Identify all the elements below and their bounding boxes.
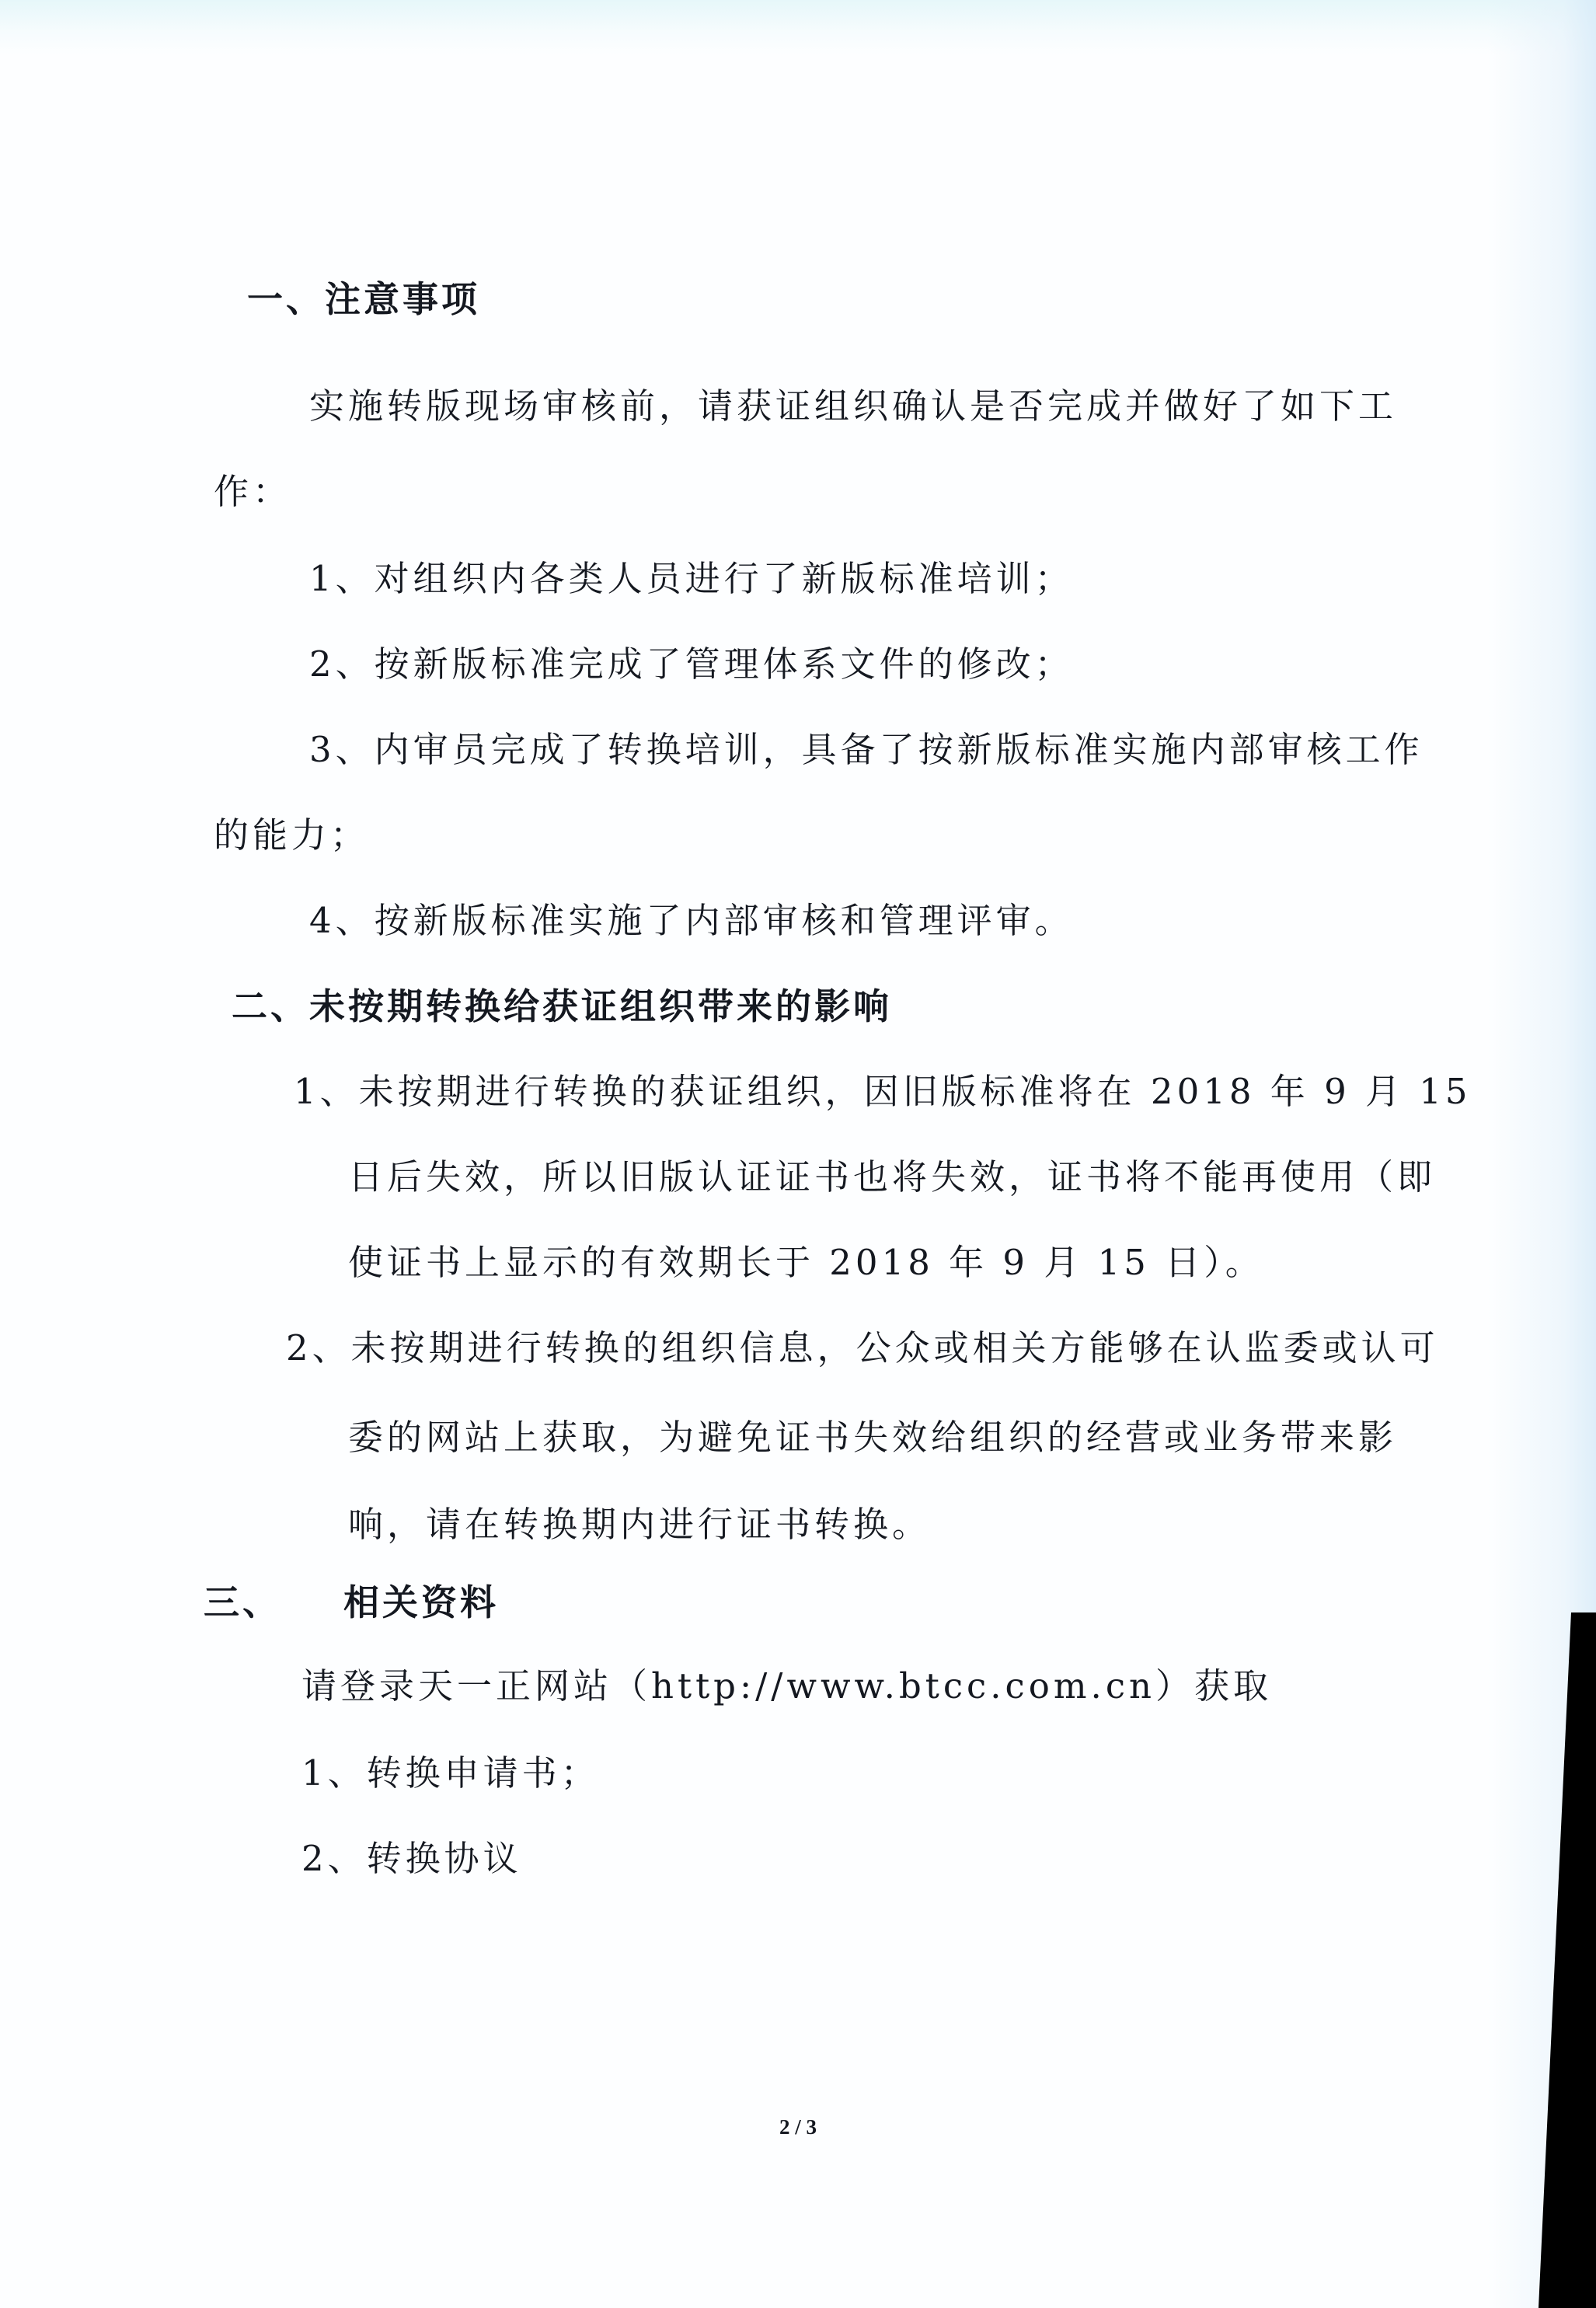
scan-tint-right: [1487, 0, 1596, 2308]
section-2-item-2-line-2: 委的网站上获取，为避免证书失效给组织的经营或业务带来影: [348, 1414, 1397, 1461]
section-1-item-3-line-2: 的能力；: [214, 812, 369, 859]
section-1-item-1: 1、对组织内各类人员进行了新版标准培训；: [309, 556, 1074, 602]
section-2-item-1-line-3: 使证书上显示的有效期长于 2018 年 9 月 15 日）。: [348, 1239, 1264, 1286]
section-2-item-2-line-3: 响，请在转换期内进行证书转换。: [348, 1501, 931, 1548]
section-2-item-2-line-1: 2、未按期进行转换的组织信息，公众或相关方能够在认监委或认可: [286, 1325, 1439, 1372]
section-3-website-line: 请登录天一正网站（http://www.btcc.com.cn）获取: [301, 1663, 1272, 1710]
scan-tint-top: [0, 0, 1596, 54]
section-1-item-4: 4、按新版标准实施了内部审核和管理评审。: [309, 898, 1074, 944]
section-1-paragraph-line-2: 作：: [214, 469, 291, 515]
section-1-paragraph-line-1: 实施转版现场审核前，请获证组织确认是否完成并做好了如下工: [309, 383, 1397, 430]
page-number: 2 / 3: [0, 2115, 1596, 2139]
section-1-item-2: 2、按新版标准完成了管理体系文件的修改；: [309, 641, 1074, 688]
section-2-item-1-line-2: 日后失效，所以旧版认证证书也将失效，证书将不能再使用（即: [348, 1154, 1436, 1201]
section-3-item-1: 1、转换申请书；: [301, 1750, 600, 1797]
section-2-item-1-line-1: 1、未按期进行转换的获证组织，因旧版标准将在 2018 年 9 月 15: [294, 1069, 1472, 1115]
section-1-item-3-line-1: 3、内审员完成了转换培训，具备了按新版标准实施内部审核工作: [309, 727, 1424, 773]
section-3-heading: 三、 相关资料: [204, 1579, 499, 1626]
section-1-heading: 一、注意事项: [247, 276, 480, 322]
section-3-item-2: 2、转换协议: [301, 1836, 522, 1882]
section-2-heading: 二、未按期转换给获证组织带来的影响: [232, 983, 892, 1030]
